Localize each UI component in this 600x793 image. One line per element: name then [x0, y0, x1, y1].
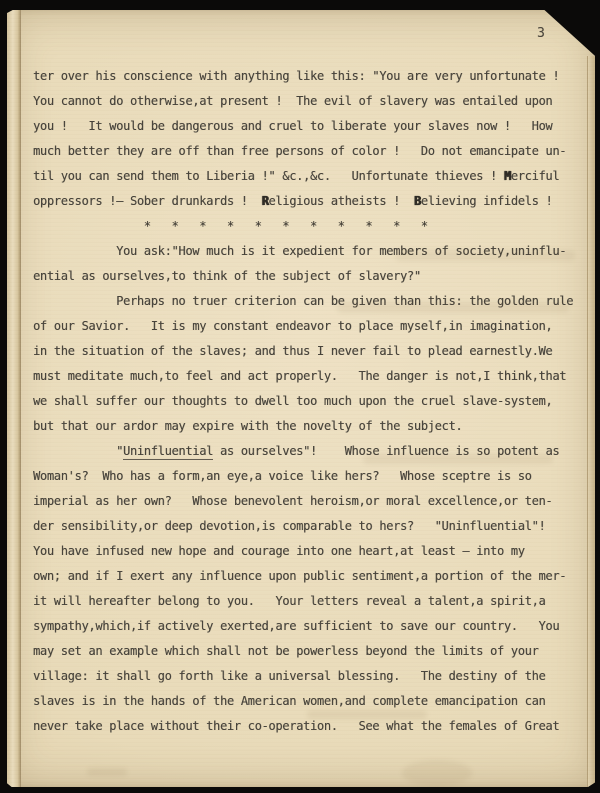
typed-line: you ! It would be dangerous and cruel to… [33, 114, 589, 139]
typed-line: You cannot do otherwise,at present ! The… [33, 89, 589, 114]
typed-line: ter over his conscience with anything li… [33, 64, 589, 89]
typed-line: imperial as her own? Whose benevolent he… [33, 489, 589, 514]
typed-line: slaves is in the hands of the American w… [33, 689, 589, 714]
typed-line: but that our ardor may expire with the n… [33, 414, 589, 439]
typed-line: own; and if I exert any influence upon p… [33, 564, 589, 589]
typed-text: ter over his conscience with anything li… [33, 64, 589, 739]
typed-line: Perhaps no truer criterion can be given … [33, 289, 589, 314]
typed-line: must meditate much,to feel and act prope… [33, 364, 589, 389]
typed-line: may set an example which shall not be po… [33, 639, 589, 664]
asterisk-separator: * * * * * * * * * * * [33, 214, 589, 239]
typed-line: sympathy,which,if actively exerted,are s… [33, 614, 589, 639]
typed-line: Woman's? Who has a form,an eye,a voice l… [33, 464, 589, 489]
typed-line: village: it shall go forth like a univer… [33, 664, 589, 689]
typed-line: ential as ourselves,to think of the subj… [33, 264, 589, 289]
typed-line: You ask:"How much is it expedient for me… [33, 239, 589, 264]
typed-line: in the situation of the slaves; and thus… [33, 339, 589, 364]
photo-backdrop: 3 ter over his conscience with anything … [0, 0, 600, 793]
typed-line: of our Savior. It is my constant endeavo… [33, 314, 589, 339]
typed-line: we shall suffer our thoughts to dwell to… [33, 389, 589, 414]
binding-page-edge [7, 10, 21, 787]
typed-line: til you can send them to Liberia !" &c.,… [33, 164, 589, 189]
typed-line: "Uninfluential as ourselves"! Whose infl… [33, 439, 589, 464]
typed-line: der sensibility,or deep devotion,is comp… [33, 514, 589, 539]
typed-line: You have infused new hope and courage in… [33, 539, 589, 564]
bleed-through-smudge [87, 768, 127, 776]
typed-line: never take place without their co-operat… [33, 714, 589, 739]
typed-line: it will hereafter belong to you. Your le… [33, 589, 589, 614]
page-number: 3 [537, 26, 545, 41]
letter-page: 3 ter over his conscience with anything … [7, 10, 595, 787]
typed-line: oppressors !— Sober drunkards ! Religiou… [33, 189, 589, 214]
bleed-through-smudge [402, 760, 472, 786]
typed-line: much better they are off than free perso… [33, 139, 589, 164]
